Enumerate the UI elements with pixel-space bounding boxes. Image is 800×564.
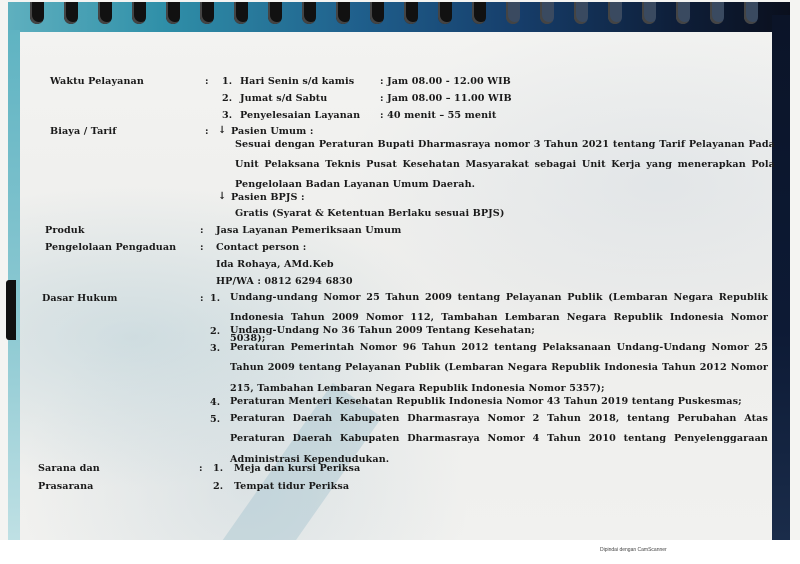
waktu-item-num: 1. <box>222 76 232 87</box>
colon: : <box>199 463 203 474</box>
service-standard-document: Waktu Pelayanan : 1. Hari Senin s/d kami… <box>0 0 800 540</box>
scanner-watermark: Dipindai dengan CamScanner <box>600 547 667 553</box>
waktu-item-text: Jumat s/d Sabtu <box>240 93 327 104</box>
colon: : <box>205 126 209 137</box>
contact-person-phone: HP/WA : 0812 6294 6830 <box>216 276 353 287</box>
pasien-bpjs-text: Gratis (Syarat & Ketentuan Berlaku sesua… <box>235 208 504 219</box>
law-item-text: Peraturan Pemerintah Nomor 96 Tahun 2012… <box>230 338 768 399</box>
law-item-num: 1. <box>210 293 220 304</box>
arrow-down-bullet-icon: ↓ <box>218 125 226 136</box>
law-item-num: 3. <box>210 343 220 354</box>
pasien-umum-text: Sesuai dengan Peraturan Bupati Dharmasra… <box>235 135 775 195</box>
waktu-item-num: 2. <box>222 93 232 104</box>
label-prasarana: Prasarana <box>38 481 93 492</box>
label-pengelolaan-pengaduan: Pengelolaan Pengaduan <box>45 242 176 253</box>
law-item-num: 2. <box>210 326 220 337</box>
colon: : <box>200 225 204 236</box>
sarana-item-text: Meja dan kursi Periksa <box>234 463 360 474</box>
arrow-down-bullet-icon: ↓ <box>218 191 226 202</box>
label-sarana: Sarana dan <box>38 463 100 474</box>
waktu-item-text: Hari Senin s/d kamis <box>240 76 354 87</box>
label-dasar-hukum: Dasar Hukum <box>42 293 117 304</box>
sarana-item-num: 1. <box>213 463 223 474</box>
label-produk: Produk <box>45 225 85 236</box>
colon: : <box>200 293 204 304</box>
waktu-item-value: : Jam 08.00 – 11.00 WIB <box>380 93 512 104</box>
contact-person-name: Ida Rohaya, AMd.Keb <box>216 259 334 270</box>
law-item-num: 4. <box>210 397 220 408</box>
waktu-item-value: : Jam 08.00 - 12.00 WIB <box>380 76 511 87</box>
waktu-item-value: : 40 menit – 55 menit <box>380 110 496 121</box>
sarana-item-num: 2. <box>213 481 223 492</box>
pasien-bpjs-title: Pasien BPJS : <box>231 192 305 203</box>
waktu-item-num: 3. <box>222 110 232 121</box>
label-biaya-tarif: Biaya / Tarif <box>50 126 117 137</box>
sarana-item-text: Tempat tidur Periksa <box>234 481 349 492</box>
colon: : <box>200 242 204 253</box>
law-item-text: Peraturan Daerah Kabupaten Dharmasraya N… <box>230 409 768 470</box>
colon: : <box>205 76 209 87</box>
law-item-num: 5. <box>210 414 220 425</box>
contact-person-title: Contact person : <box>216 242 306 253</box>
label-waktu-pelayanan: Waktu Pelayanan <box>50 76 144 87</box>
produk-value: Jasa Layanan Pemeriksaan Umum <box>216 225 401 236</box>
waktu-item-text: Penyelesaian Layanan <box>240 110 360 121</box>
